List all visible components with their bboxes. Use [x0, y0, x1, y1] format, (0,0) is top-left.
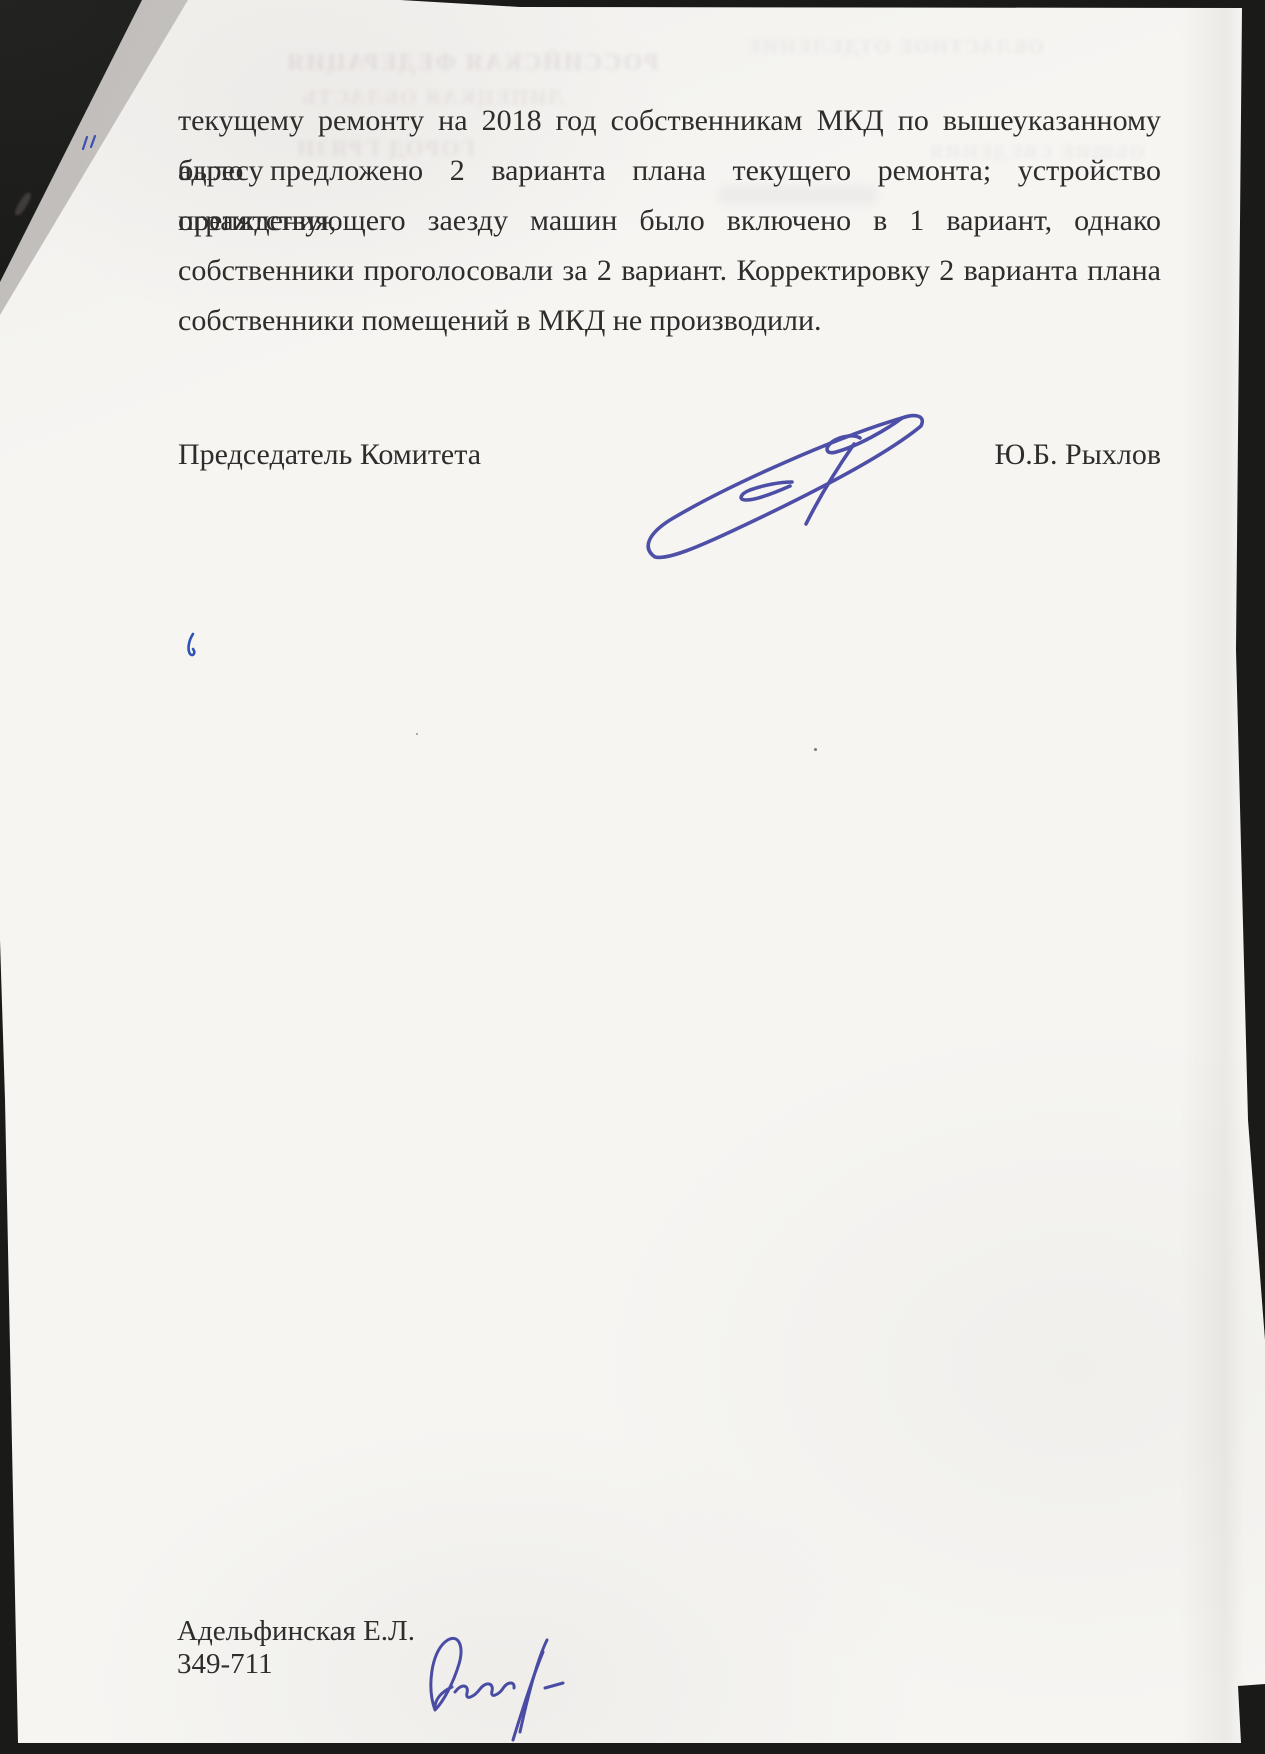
paragraph-line: собственники помещений в МКД не производ…: [178, 296, 1161, 346]
signer-name: Ю.Б. Рыхлов: [994, 437, 1161, 473]
contact-phone: 349-711: [177, 1648, 415, 1681]
paragraph-line: препятствующего заезду машин было включе…: [178, 196, 1161, 246]
paragraph-line: собственники проголосовали за 2 вариант.…: [178, 246, 1161, 296]
bleed-through-fragment: РОССИЙСКАЯ ФЕДЕРАЦИЯ: [285, 50, 659, 77]
body-paragraph: текущему ремонту на 2018 год собственник…: [178, 96, 1161, 346]
bleed-through-fragment: ОБЛАСТНОЕ ОТДЕЛЕНИЕ: [745, 36, 1044, 59]
under-sheet-notch: [13, 191, 33, 217]
paragraph-line: текущему ремонту на 2018 год собственник…: [178, 96, 1161, 146]
footer-contact: Адельфинская Е.Л. 349-711: [177, 1615, 415, 1681]
pen-small-mark: [184, 632, 200, 660]
scanner-background: РОССИЙСКАЯ ФЕДЕРАЦИЯ ЛИПЕЦКАЯ ОБЛАСТЬ ГО…: [0, 0, 1265, 1754]
scan-speck: [814, 748, 817, 751]
document-page: РОССИЙСКАЯ ФЕДЕРАЦИЯ ЛИПЕЦКАЯ ОБЛАСТЬ ГО…: [0, 0, 1265, 1754]
signer-title: Председатель Комитета: [178, 437, 481, 473]
contact-name: Адельфинская Е.Л.: [177, 1615, 415, 1648]
executor-signature: [425, 1630, 570, 1745]
pen-tick-mark: [80, 133, 98, 153]
scan-speck: [416, 733, 418, 735]
chairman-signature: [640, 408, 940, 568]
paragraph-line: было предложено 2 варианта плана текущег…: [178, 146, 1161, 196]
